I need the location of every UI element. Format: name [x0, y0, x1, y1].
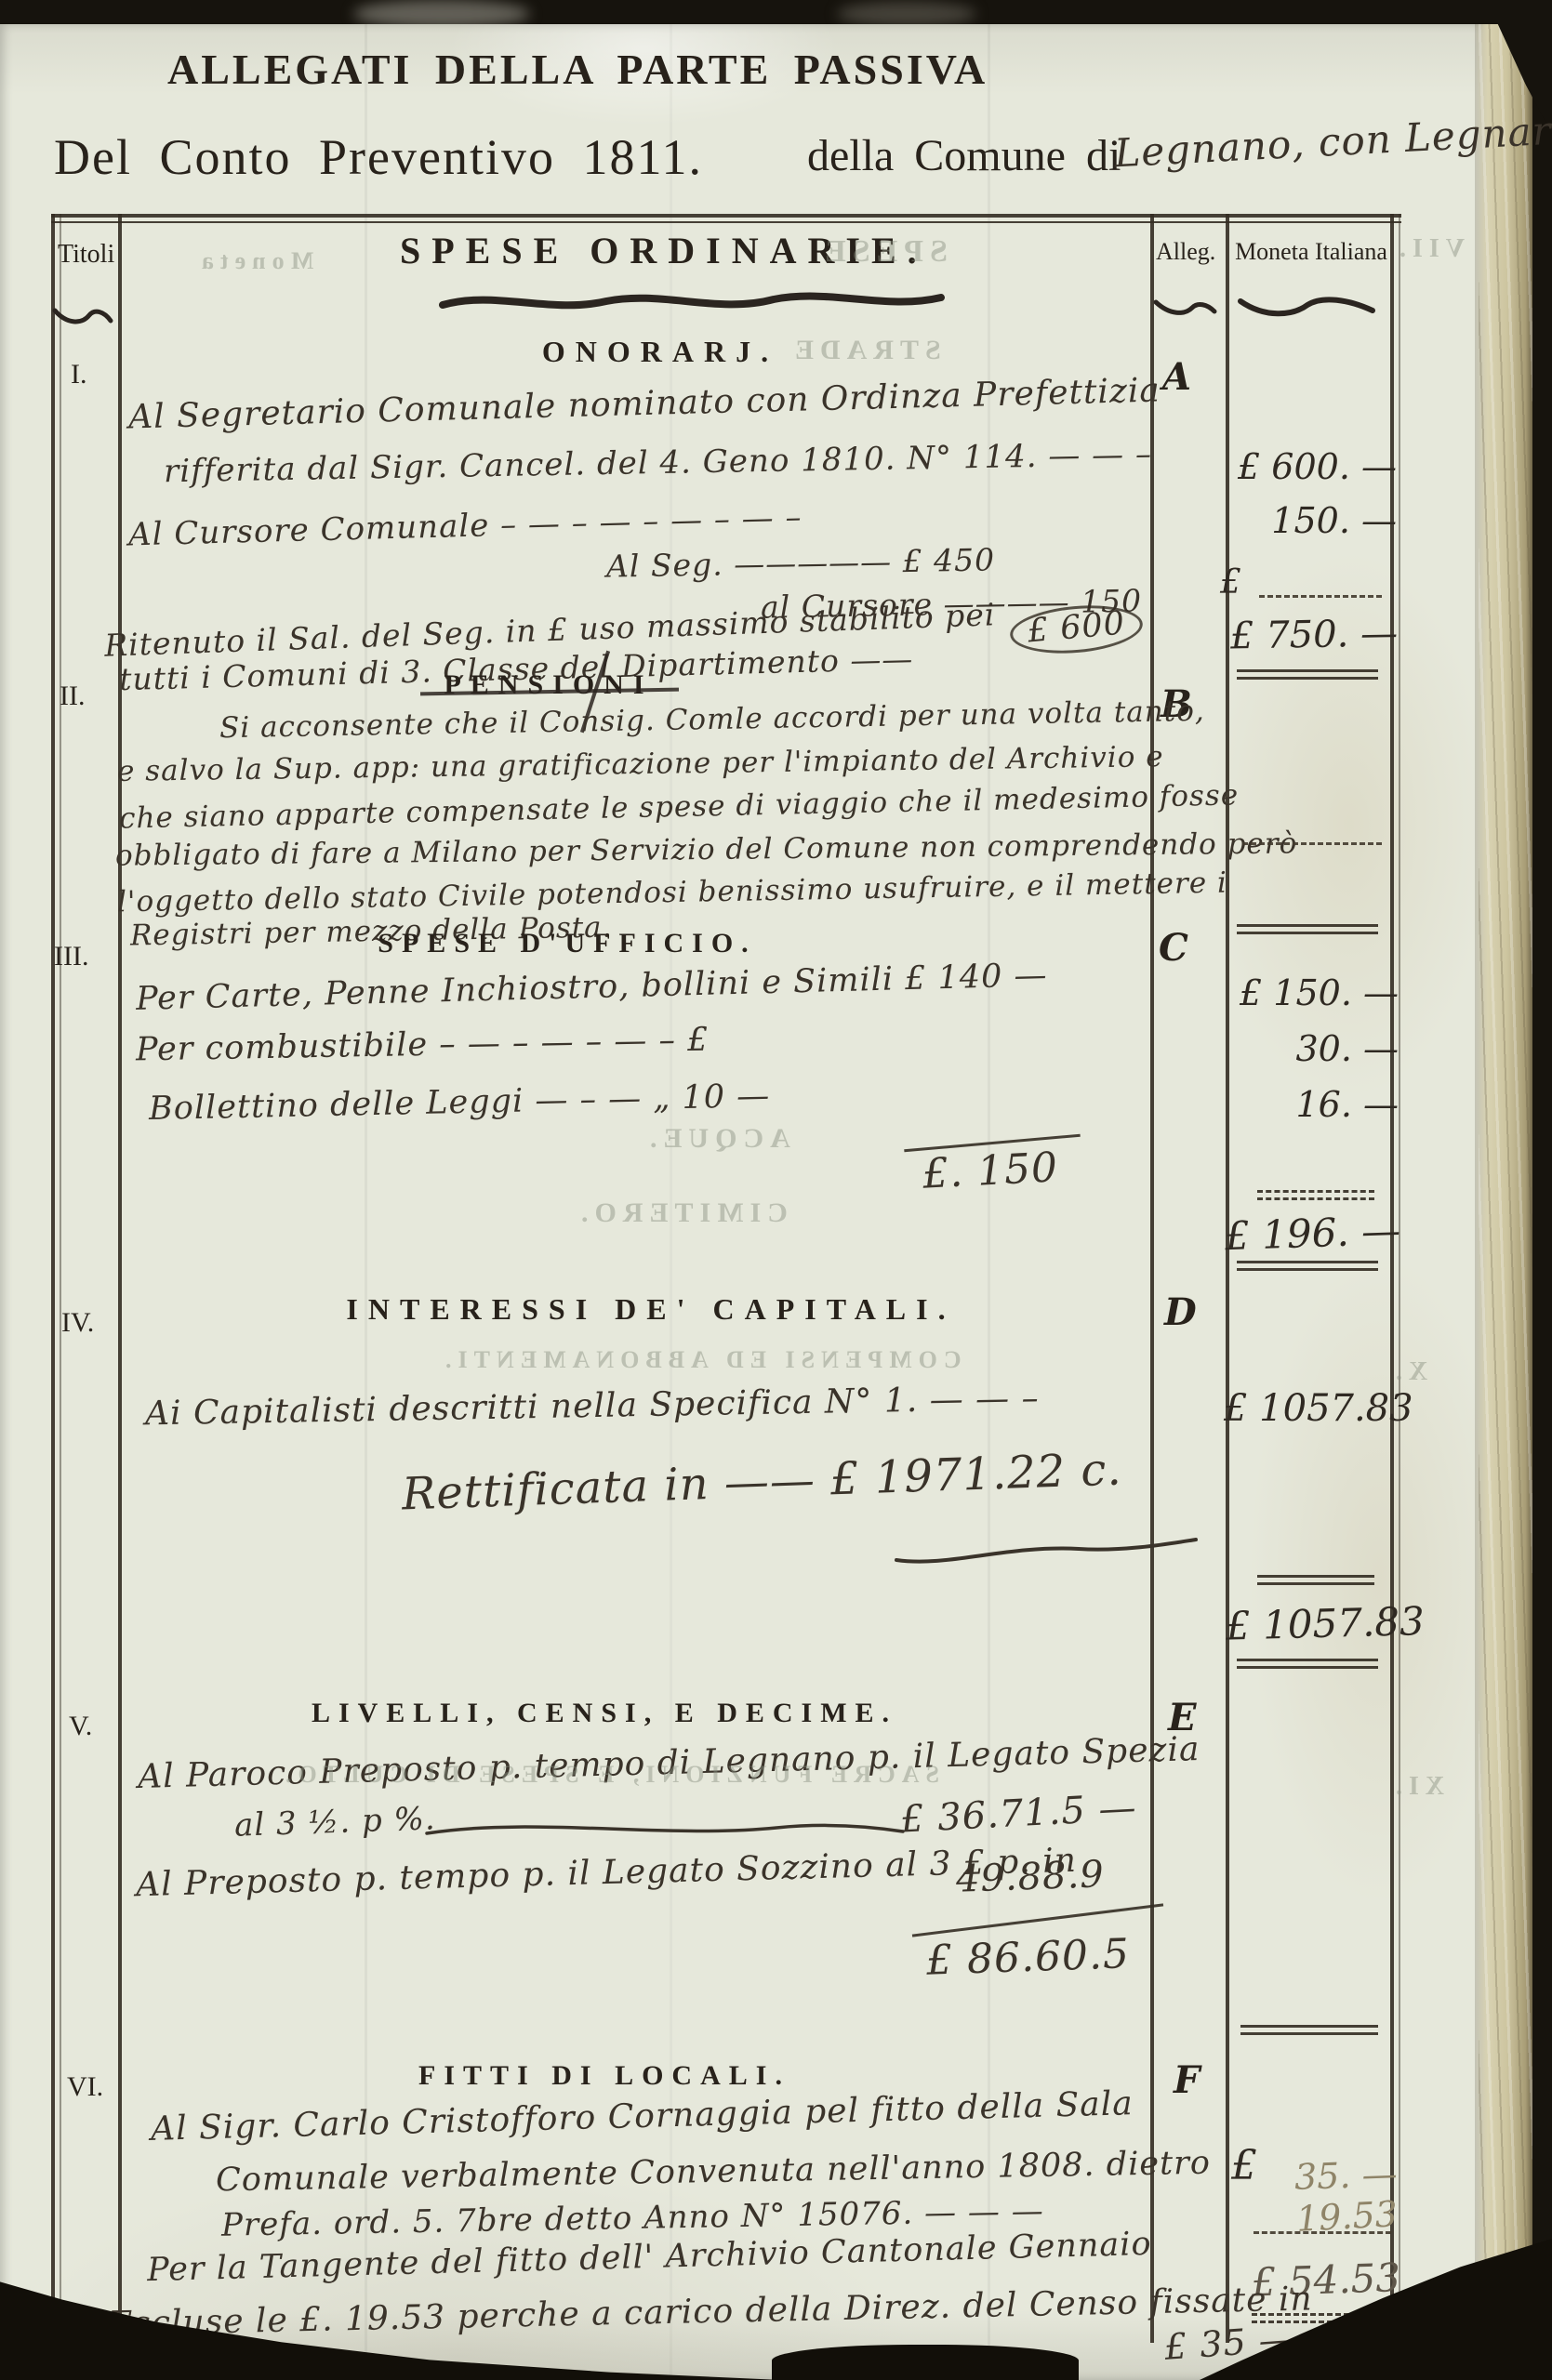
section-total: £ 196. —: [1223, 1208, 1401, 1260]
alleg-letter: C: [1159, 926, 1188, 970]
flourish-swash: [423, 1815, 907, 1839]
amount-value: 150. —: [1229, 500, 1397, 541]
section-numeral: V.: [69, 1711, 92, 1742]
ghost-text: CIMITERO.: [575, 1197, 788, 1229]
ghost-text: Moneta: [195, 247, 313, 275]
pre-total-rule: [1257, 1575, 1374, 1585]
paper-crease: [365, 24, 367, 2380]
torn-edge-bottom: [772, 2345, 1079, 2380]
section-total-rule: [1237, 669, 1378, 680]
amount-dash-line: [1259, 595, 1382, 598]
ghost-text: X.: [1389, 1357, 1427, 1387]
alleg-column-divider: [1150, 214, 1154, 2343]
col-header-titoli: Titoli: [58, 240, 114, 270]
currency-mark: £: [1231, 2142, 1268, 2189]
table-left-border-2: [60, 214, 61, 2326]
amount-value: £ 1057.83: [1224, 1387, 1410, 1430]
titoli-column-divider: [118, 214, 122, 2338]
section-numeral: VI.: [67, 2071, 103, 2103]
squiggle-under-spese: [439, 288, 946, 314]
ledger-subline: Al Seg. ————— £ 450: [606, 541, 996, 584]
sub-total: £ 86.60.5: [925, 1930, 1131, 1985]
ghost-text: COMPENSI ED ABBONAMENTI.: [439, 1346, 962, 1374]
alleg-letter: F: [1174, 2058, 1200, 2102]
alleg-letter: D: [1164, 1290, 1197, 1334]
section-title-spese-ufficio: SPESE D'UFFICIO.: [307, 928, 828, 959]
ghost-text: XI.: [1389, 1772, 1444, 1802]
section-total-rule: [1240, 2025, 1378, 2035]
brace-under-alleg: [1153, 299, 1218, 316]
section-title-livelli: LIVELLI, CENSI, E DECIME.: [307, 1698, 902, 1729]
ghost-text: SACRE FUNZIONI, E SPESE DI CULTO.: [279, 1761, 939, 1789]
amount-value: 30. —: [1229, 1028, 1399, 1069]
section-title-fitti: FITTI DI LOCALI.: [307, 2060, 902, 2092]
col-header-alleg: Alleg.: [1156, 238, 1215, 266]
section-numeral: II.: [60, 681, 85, 712]
section-total-rule: [1237, 1659, 1378, 1669]
section-total: £ 1057.83: [1225, 1598, 1412, 1648]
section-total-rule: [1237, 1261, 1378, 1271]
col-header-moneta: Moneta Italiana: [1229, 238, 1393, 266]
section-total-rule: [1237, 924, 1378, 934]
subtitle-mid: della Comune di: [807, 130, 1121, 181]
amount-value-faded: 35. —: [1293, 2153, 1398, 2198]
page-title: ALLEGATI DELLA PARTE PASSIVA: [167, 45, 988, 94]
ghost-text: ACQUE.: [643, 1123, 790, 1155]
amount-value: 16. —: [1229, 1084, 1399, 1125]
scanned-ledger-page: ALLEGATI DELLA PARTE PASSIVA Del Conto P…: [0, 0, 1552, 2380]
subtitle-left: Del Conto Preventivo 1811.: [54, 128, 703, 186]
brace-under-moneta: [1237, 296, 1376, 316]
pre-total-rule: [1257, 1190, 1374, 1200]
amount-value: £ 750. —: [1226, 612, 1399, 657]
ghost-text: STRADE: [789, 335, 941, 366]
section-numeral: I.: [71, 359, 87, 390]
backdrop-smudge: [837, 2, 976, 26]
section-numeral: IV.: [61, 1307, 94, 1339]
table-top-rule-2: [51, 221, 1401, 223]
table-left-border: [51, 214, 55, 2326]
alleg-letter: A: [1162, 355, 1191, 399]
ledger-subline: al 3 ½. p %.: [233, 1800, 436, 1844]
ghost-text: VII.: [1393, 234, 1465, 264]
brace-under-titoli: [52, 307, 113, 325]
amount-dash-line: [1254, 2231, 1391, 2234]
amount-value: £ 150. —: [1229, 972, 1399, 1013]
section-title-pensioni: PENSIONI: [307, 669, 790, 701]
amount-inline: 49.88.9: [955, 1853, 1105, 1901]
table-top-rule: [51, 214, 1401, 218]
sub-total: £. 150: [922, 1144, 1059, 1198]
table-right-border-2: [1399, 214, 1400, 2310]
ghost-text: SPESE: [818, 234, 948, 270]
section-numeral: III.: [54, 941, 88, 972]
amount-dash-line: [1242, 842, 1382, 845]
section-title-interessi: INTERESSI DE' CAPITALI.: [307, 1292, 995, 1327]
currency-mark: £: [1220, 563, 1257, 602]
torn-edge-texture: [1479, 24, 1532, 2380]
flourish-swash: [893, 1536, 1200, 1567]
amount-value: £ 600. —: [1229, 446, 1397, 487]
